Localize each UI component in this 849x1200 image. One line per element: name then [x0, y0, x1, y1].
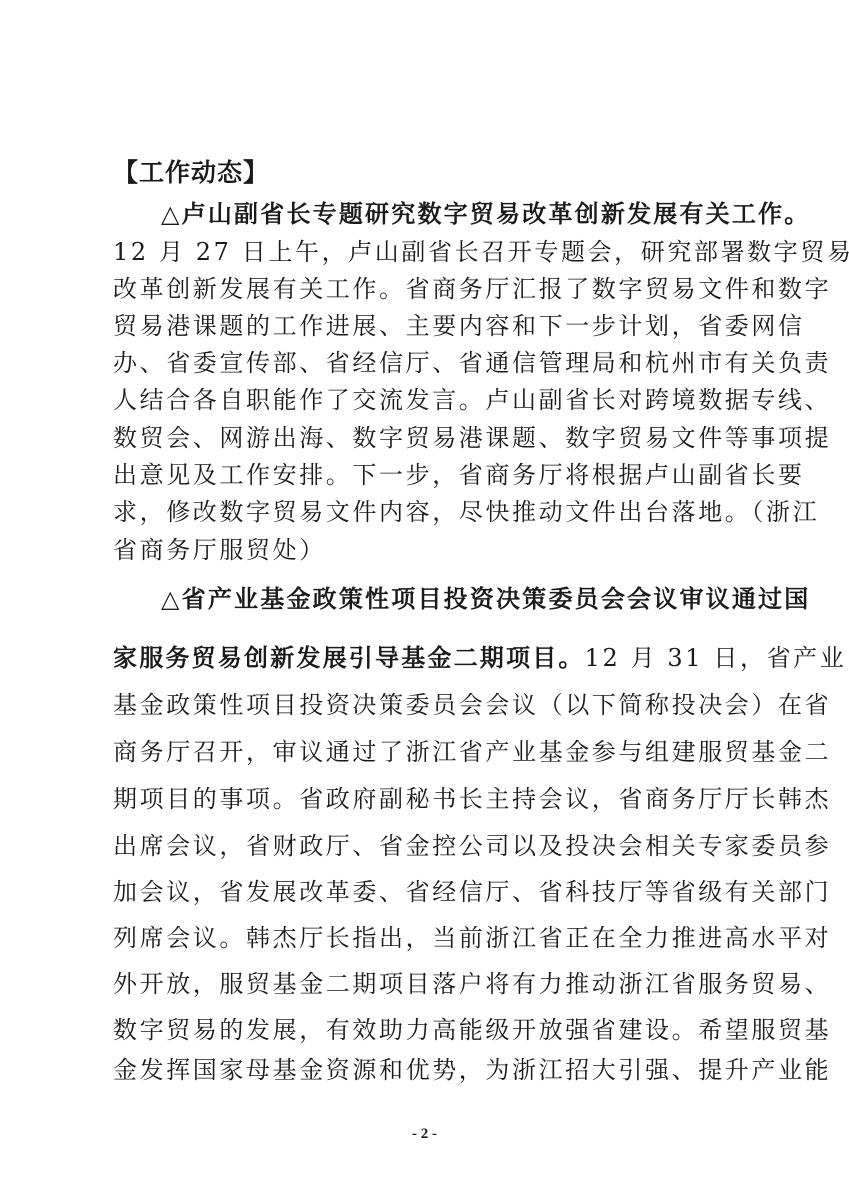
- item-2-line-3: 期项目的事项。省政府副秘书长主持会议，省商务厅厅长韩杰: [113, 784, 733, 814]
- section-title: 【工作动态】: [113, 158, 733, 188]
- item-1-line-5: 人结合各自职能作了交流发言。卢山副省长对跨境数据专线、: [113, 385, 733, 415]
- item-1-line-7: 出意见及工作安排。下一步，省商务厅将根据卢山副省长要: [113, 460, 733, 490]
- item-2-heading-bold: 家服务贸易创新发展引导基金二期项目。: [113, 644, 585, 672]
- item-1-line-1: 12 月 27 日上午，卢山副省长召开专题会，研究部署数字贸易: [113, 237, 733, 267]
- document-page: 【工作动态】 △卢山副省长专题研究数字贸易改革创新发展有关工作。 12 月 27…: [0, 0, 849, 1200]
- item-2-line-5: 加会议，省发展改革委、省经信厅、省科技厅等省级有关部门: [113, 877, 733, 907]
- item-1-line-6: 数贸会、网游出海、数字贸易港课题、数字贸易文件等事项提: [113, 423, 733, 453]
- item-2-date: 12 月 31 日，省产业: [585, 644, 847, 672]
- item-2-heading-line-2: 家服务贸易创新发展引导基金二期项目。12 月 31 日，省产业: [113, 643, 733, 673]
- item-1-line-2: 改革创新发展有关工作。省商务厅汇报了数字贸易文件和数字: [113, 274, 733, 304]
- page-number: - 2 -: [0, 1126, 849, 1143]
- item-2-line-2: 商务厅召开，审议通过了浙江省产业基金参与组建服贸基金二: [113, 737, 733, 767]
- item-2-line-1: 基金政策性项目投资决策委员会会议（以下简称投决会）在省: [113, 690, 733, 720]
- item-1-heading: △卢山副省长专题研究数字贸易改革创新发展有关工作。: [161, 199, 733, 229]
- item-1-line-3: 贸易港课题的工作进展、主要内容和下一步计划，省委网信: [113, 311, 733, 341]
- item-2-line-7: 外开放，服贸基金二期项目落户将有力推动浙江省服务贸易、: [113, 969, 733, 999]
- item-1-line-9: 省商务厅服贸处）: [113, 535, 733, 565]
- item-1-line-8: 求，修改数字贸易文件内容，尽快推动文件出台落地。（浙江: [113, 497, 733, 527]
- item-1-line-4: 办、省委宣传部、省经信厅、省通信管理局和杭州市有关负责: [113, 348, 733, 378]
- item-2-line-8: 数字贸易的发展，有效助力高能级开放强省建设。希望服贸基: [113, 1015, 733, 1045]
- item-2-heading-line-1: △省产业基金政策性项目投资决策委员会会议审议通过国: [161, 584, 733, 614]
- item-2-line-6: 列席会议。韩杰厅长指出，当前浙江省正在全力推进高水平对: [113, 923, 733, 953]
- item-2-line-4: 出席会议，省财政厅、省金控公司以及投决会相关专家委员参: [113, 831, 733, 861]
- item-2-line-9: 金发挥国家母基金资源和优势，为浙江招大引强、提升产业能: [113, 1055, 733, 1085]
